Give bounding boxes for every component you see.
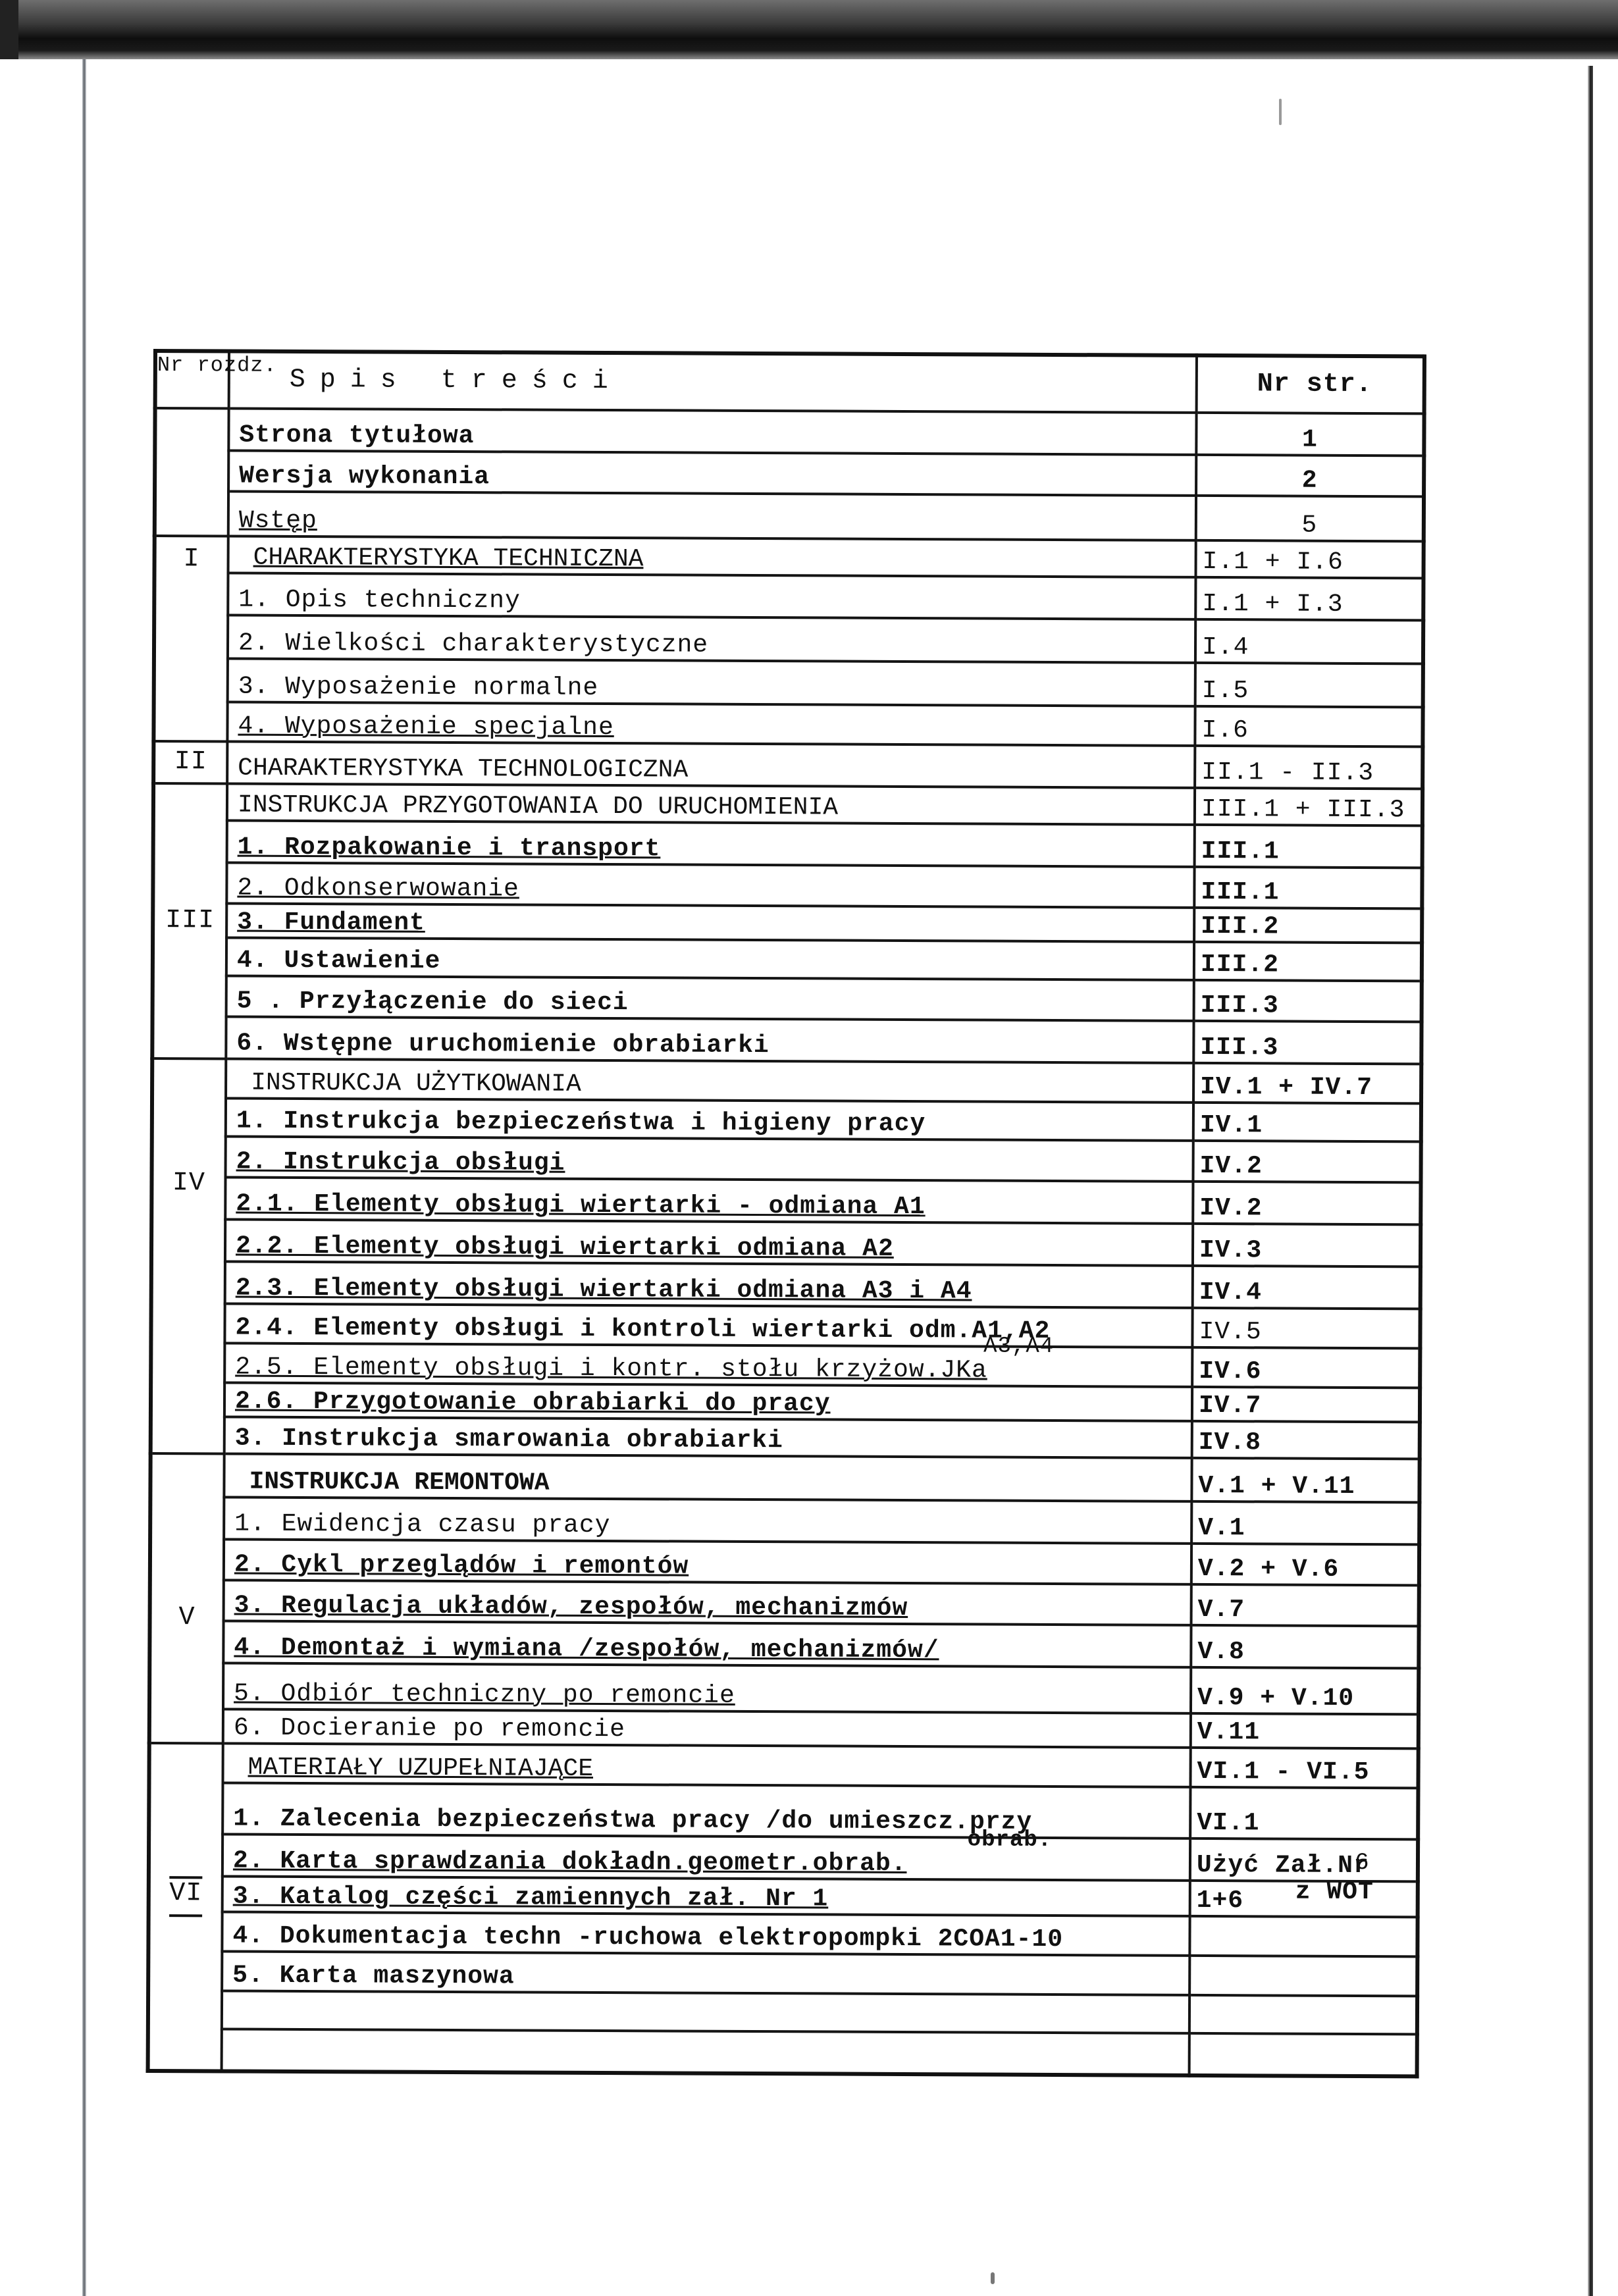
toc-entry-title-note: A3,A4 [983, 1335, 1054, 1360]
section-number: I [183, 544, 199, 574]
toc-section-title: INSTRUKCJA REMONTOWA [224, 1453, 1191, 1501]
section-number-header: Nr rozdz. [155, 351, 229, 408]
toc-entry-page: IV.7 [1192, 1387, 1420, 1422]
toc-entry-page: 2 [1196, 455, 1424, 497]
table-of-contents: Nr rozdz. Spis treści Nr str. Strona tyt… [146, 349, 1426, 2078]
toc-entry-page: Użyć Zał.Nr 6 z WOT [1190, 1839, 1418, 1882]
toc-row: III INSTRUKCJA PRZYGOTOWANIA DO URUCHOMI… [153, 783, 1422, 825]
toc-row: 2. Karta sprawdzania dokładn.geometr.obr… [149, 1834, 1418, 1881]
toc-entry-page: IV.1 [1193, 1103, 1421, 1142]
toc-row-empty [148, 2029, 1417, 2076]
section-number: VI [169, 1879, 202, 1908]
section-number-cell: VI [148, 1743, 223, 2071]
toc-entry-title: 4. Wyposażenie specjalne [227, 702, 1195, 745]
section-number: II [174, 747, 207, 777]
toc-row: V INSTRUKCJA REMONTOWA V.1 + V.11 [150, 1453, 1419, 1502]
toc-row: 2. Instrukcja obsługi IV.2 [152, 1136, 1421, 1182]
toc-section-title: INSTRUKCJA PRZYGOTOWANIA DO URUCHOMIENIA [227, 783, 1195, 824]
toc-entry-title: 3. Fundament [226, 903, 1194, 941]
toc-entry-page: IV.3 [1193, 1224, 1421, 1267]
toc-entry-title: 5. Karta maszynowa [222, 1951, 1189, 1995]
toc-entry-title: 4. Ustawienie [226, 937, 1194, 979]
toc-entry-page: IV.2 [1193, 1182, 1421, 1225]
toc-row: 4. Wyposażenie specjalne I.6 [153, 702, 1422, 746]
toc-row: 6. Docieranie po remoncie V.11 [149, 1709, 1419, 1748]
toc-section-title: MATERIAŁY UZUPEŁNIAJĄCE [222, 1743, 1190, 1787]
toc-entry-page: I.6 [1195, 706, 1422, 747]
toc-row-empty [148, 1991, 1417, 2034]
toc-entry-page: I.4 [1195, 619, 1423, 664]
toc-entry-title: 4. Demontaż i wymiana /zespołów, mechani… [223, 1621, 1191, 1667]
toc-entry-page: III.1 [1194, 867, 1422, 909]
toc-entry-title: 6. Wstępne uruchomienie obrabiarki [226, 1016, 1193, 1062]
toc-entry-page: III.3 [1194, 980, 1422, 1022]
toc-row: 2. Cykl przeglądów i remontów V.2 + V.6 [150, 1539, 1419, 1585]
toc-entry-page: IV.8 [1192, 1421, 1420, 1459]
toc-entry-page [1189, 1956, 1417, 1996]
toc-row: 1. Zalecenia bezpieczeństwa pracy /do um… [149, 1783, 1418, 1839]
toc-entry-title: Strona tytułowa [228, 409, 1196, 455]
toc-entry-page: III.3 [1193, 1021, 1421, 1064]
toc-entry-title: 1. Instrukcja bezpieczeństwa i higieny p… [226, 1098, 1193, 1140]
section-number: IV [172, 1168, 205, 1198]
toc-entry-title: 1. Zalecenia bezpieczeństwa pracy /do um… [222, 1783, 1190, 1838]
toc-entry-page: V.2 + V.6 [1191, 1544, 1419, 1586]
toc-entry-title: 1. Rozpakowanie i transport [227, 820, 1195, 866]
toc-entry-page-note: Użyć Zał.Nr 6 z WOT [1197, 1852, 1369, 1880]
toc-entry-page: V.8 [1191, 1625, 1419, 1669]
toc-row: 3. Instrukcja smarowania obrabiarki IV.8 [151, 1417, 1420, 1459]
toc-row: 3. Regulacja układów, zespołów, mechaniz… [150, 1580, 1419, 1626]
toc-entry-page: III.2 [1194, 908, 1422, 943]
section-number-cell: II [153, 741, 227, 783]
toc-entry-title: 2. Odkonserwowanie [226, 862, 1194, 907]
toc-entry-page: I.5 [1195, 663, 1423, 708]
toc-entry-title: 2.4. Elementy obsługi i kontroli wiertar… [224, 1303, 1192, 1347]
toc-entry-page [1189, 2033, 1417, 2077]
toc-section-title: INSTRUKCJA UŻYTKOWANIA [226, 1058, 1193, 1102]
toc-row: II CHARAKTERYSTYKA TECHNOLOGICZNA II.1 -… [153, 741, 1422, 789]
page-edge-right [1588, 66, 1593, 2296]
toc-entry-page: VI.1 [1190, 1787, 1418, 1840]
toc-entry-title-note: obrab. [968, 1829, 1053, 1854]
toc-entry-title [222, 2029, 1189, 2075]
toc-row: 4. Ustawienie III.2 [153, 937, 1422, 981]
toc-entry-title: 2.1. Elementy obsługi wiertarki - odmian… [225, 1177, 1193, 1223]
toc-entry-title: Wstęp [228, 491, 1196, 540]
toc-entry-page: V.1 [1191, 1501, 1419, 1545]
toc-entry-title: 1. Ewidencja czasu pracy [224, 1497, 1191, 1543]
toc-row: 5 . Przyłączenie do sieci III.3 [153, 976, 1422, 1022]
toc-title: Spis treści [229, 352, 1197, 413]
toc-entry-title: 6. Docieranie po remoncie [223, 1709, 1191, 1747]
toc-entry-page: II.1 - II.3 [1195, 746, 1422, 789]
toc-row: Wstęp 5 [155, 491, 1424, 541]
toc-entry-page [1189, 1916, 1417, 1957]
toc-row: 5. Odbiór techniczny po remoncie V.9 + V… [149, 1663, 1419, 1714]
toc-row: 2.1. Elementy obsługi wiertarki - odmian… [151, 1177, 1421, 1224]
toc-row: I CHARAKTERYSTYKA TECHNICZNA I.1 + I.6 [155, 536, 1424, 578]
section-number-cell: I [153, 536, 228, 741]
toc-row: 3. Katalog części zamiennych zał. Nr 1 1… [149, 1876, 1418, 1917]
toc-row: IV INSTRUKCJA UŻYTKOWANIA IV.1 + IV.7 [152, 1058, 1421, 1103]
toc-header-row: Nr rozdz. Spis treści Nr str. [155, 351, 1424, 413]
toc-entry-page: IV.6 [1192, 1347, 1420, 1388]
toc-row: 2. Wielkości charakterystyczne I.4 [154, 615, 1423, 664]
toc-entry-title: 3. Instrukcja smarowania obrabiarki [224, 1417, 1192, 1457]
scanner-shadow-corner [0, 0, 18, 59]
section-number-cell [155, 408, 229, 536]
toc-row: 2.3. Elementy obsługi wiertarki odmiana … [151, 1261, 1421, 1309]
toc-entry-title-overprint: 2.4. Elementy obsługi i kontroli wiertar… [235, 1315, 1050, 1345]
toc-entry-title-text: 1. Zalecenia bezpieczeństwa pracy /do um… [233, 1805, 1032, 1837]
toc-row: Wersja wykonania 2 [155, 450, 1424, 496]
toc-entry-page: III.1 + III.3 [1195, 788, 1422, 826]
toc-section-title: CHARAKTERYSTYKA TECHNOLOGICZNA [227, 741, 1195, 787]
toc-entry-title: 4. Dokumentacja techn -ruchowa elektropo… [222, 1912, 1189, 1955]
section-number-cell: V [149, 1453, 224, 1743]
toc-entry-page: III.1 [1195, 825, 1422, 868]
toc-entry-page: III.2 [1194, 942, 1422, 981]
toc-row: 3. Fundament III.2 [153, 903, 1422, 943]
toc-entry-title: 2. Cykl przeglądów i remontów [224, 1539, 1191, 1584]
toc-row: Strona tytułowa 1 [155, 408, 1424, 456]
toc-entry-page: V.11 [1191, 1713, 1419, 1749]
toc-row: 1. Ewidencja czasu pracy V.1 [150, 1497, 1419, 1544]
toc-entry-page-extra: 6 [1355, 1850, 1370, 1876]
toc-row: 3. Wyposażenie normalne I.5 [154, 658, 1423, 707]
toc-entry-title-overprint: 1. Zalecenia bezpieczeństwa pracy /do um… [233, 1806, 1032, 1837]
toc-entry-title: 2.3. Elementy obsługi wiertarki odmiana … [225, 1261, 1193, 1307]
toc-entry-page: I.1 + I.3 [1195, 577, 1423, 621]
toc-entry-title: 1. Opis techniczny [228, 573, 1195, 619]
toc-row: 2. Odkonserwowanie III.1 [153, 862, 1422, 908]
toc-row: 2.6. Przygotowanie obrabiarki do pracy I… [151, 1382, 1420, 1422]
toc-entry-page: IV.2 [1193, 1141, 1421, 1183]
page-edge-left [82, 59, 86, 2296]
toc-entry-page-line2: z WOT [1295, 1879, 1374, 1906]
toc-entry-page: IV.4 [1193, 1266, 1421, 1309]
toc-row: 1. Rozpakowanie i transport III.1 [153, 820, 1422, 868]
toc-entry-title: 3. Katalog części zamiennych zał. Nr 1 [222, 1876, 1190, 1916]
toc-section-title: CHARAKTERYSTYKA TECHNICZNA [228, 536, 1196, 577]
section-number-cell: III [152, 783, 227, 1058]
toc-row: 5. Karta maszynowa [148, 1951, 1417, 1996]
toc-entry-page: I.1 + I.6 [1196, 540, 1424, 579]
section-number: III [165, 906, 215, 935]
toc-row: 4. Dokumentacja techn -ruchowa elektropo… [148, 1912, 1417, 1956]
toc-entry-page: IV.5 [1192, 1308, 1420, 1349]
toc-entry-page: V.7 [1191, 1584, 1419, 1627]
toc-entry-page: V.1 + V.11 [1191, 1458, 1419, 1503]
page-number-header: Nr str. [1197, 355, 1424, 414]
section-number: V [178, 1603, 195, 1632]
toc-entry-title: 3. Regulacja układów, zespołów, mechaniz… [224, 1580, 1191, 1625]
toc-row: 2.2. Elementy obsługi wiertarki odmiana … [151, 1219, 1421, 1266]
toc-entry-page: VI.1 - VI.5 [1190, 1748, 1418, 1788]
toc-entry-title: 2. Instrukcja obsługi [226, 1136, 1193, 1181]
toc-row: 2.4. Elementy obsługi i kontroli wiertar… [151, 1303, 1420, 1348]
section-number-cell: IV [151, 1058, 226, 1453]
toc-entry-page-text: Użyć Zał.Nr [1197, 1851, 1369, 1880]
toc-row: 1. Instrukcja bezpieczeństwa i higieny p… [152, 1098, 1421, 1141]
toc-entry-page: 5 [1196, 496, 1424, 542]
toc-entry-title: 5 . Przyłączenie do sieci [226, 976, 1194, 1020]
scanner-shadow-top [0, 0, 1618, 59]
toc-entry-title: 2. Wielkości charakterystyczne [228, 615, 1195, 662]
toc-entry-title: Wersja wykonania [228, 451, 1196, 496]
toc-entry-title: 2.2. Elementy obsługi wiertarki odmiana … [225, 1219, 1193, 1265]
toc-entry-page: V.9 + V.10 [1191, 1667, 1419, 1715]
toc-entry-title: 2.6. Przygotowanie obrabiarki do pracy [224, 1382, 1192, 1421]
toc-entry-title-text: 2.4. Elementy obsługi i kontroli wiertar… [235, 1314, 1050, 1345]
toc-row: 2.5. Elementy obsługi i kontr. stołu krz… [151, 1343, 1420, 1388]
toc-entry-page: IV.1 + IV.7 [1193, 1063, 1421, 1104]
toc-entry-title: 3. Wyposażenie normalne [228, 658, 1195, 706]
toc-row: 6. Wstępne uruchomienie obrabiarki III.3 [152, 1016, 1421, 1064]
scan-speck [1279, 99, 1282, 125]
toc-entry-title: 5. Odbiór techniczny po remoncie [223, 1663, 1191, 1713]
toc-entry-page: 1 [1196, 413, 1424, 456]
toc-entry-page [1189, 1995, 1417, 2035]
toc-row: 4. Demontaż i wymiana /zespołów, mechani… [149, 1621, 1419, 1668]
toc-row: VI MATERIAŁY UZUPEŁNIAJĄCE VI.1 - VI.5 [149, 1743, 1418, 1788]
toc-row: 1. Opis techniczny I.1 + I.3 [154, 573, 1423, 620]
toc-entry-title [222, 1991, 1189, 2033]
scan-speck [991, 2272, 995, 2284]
